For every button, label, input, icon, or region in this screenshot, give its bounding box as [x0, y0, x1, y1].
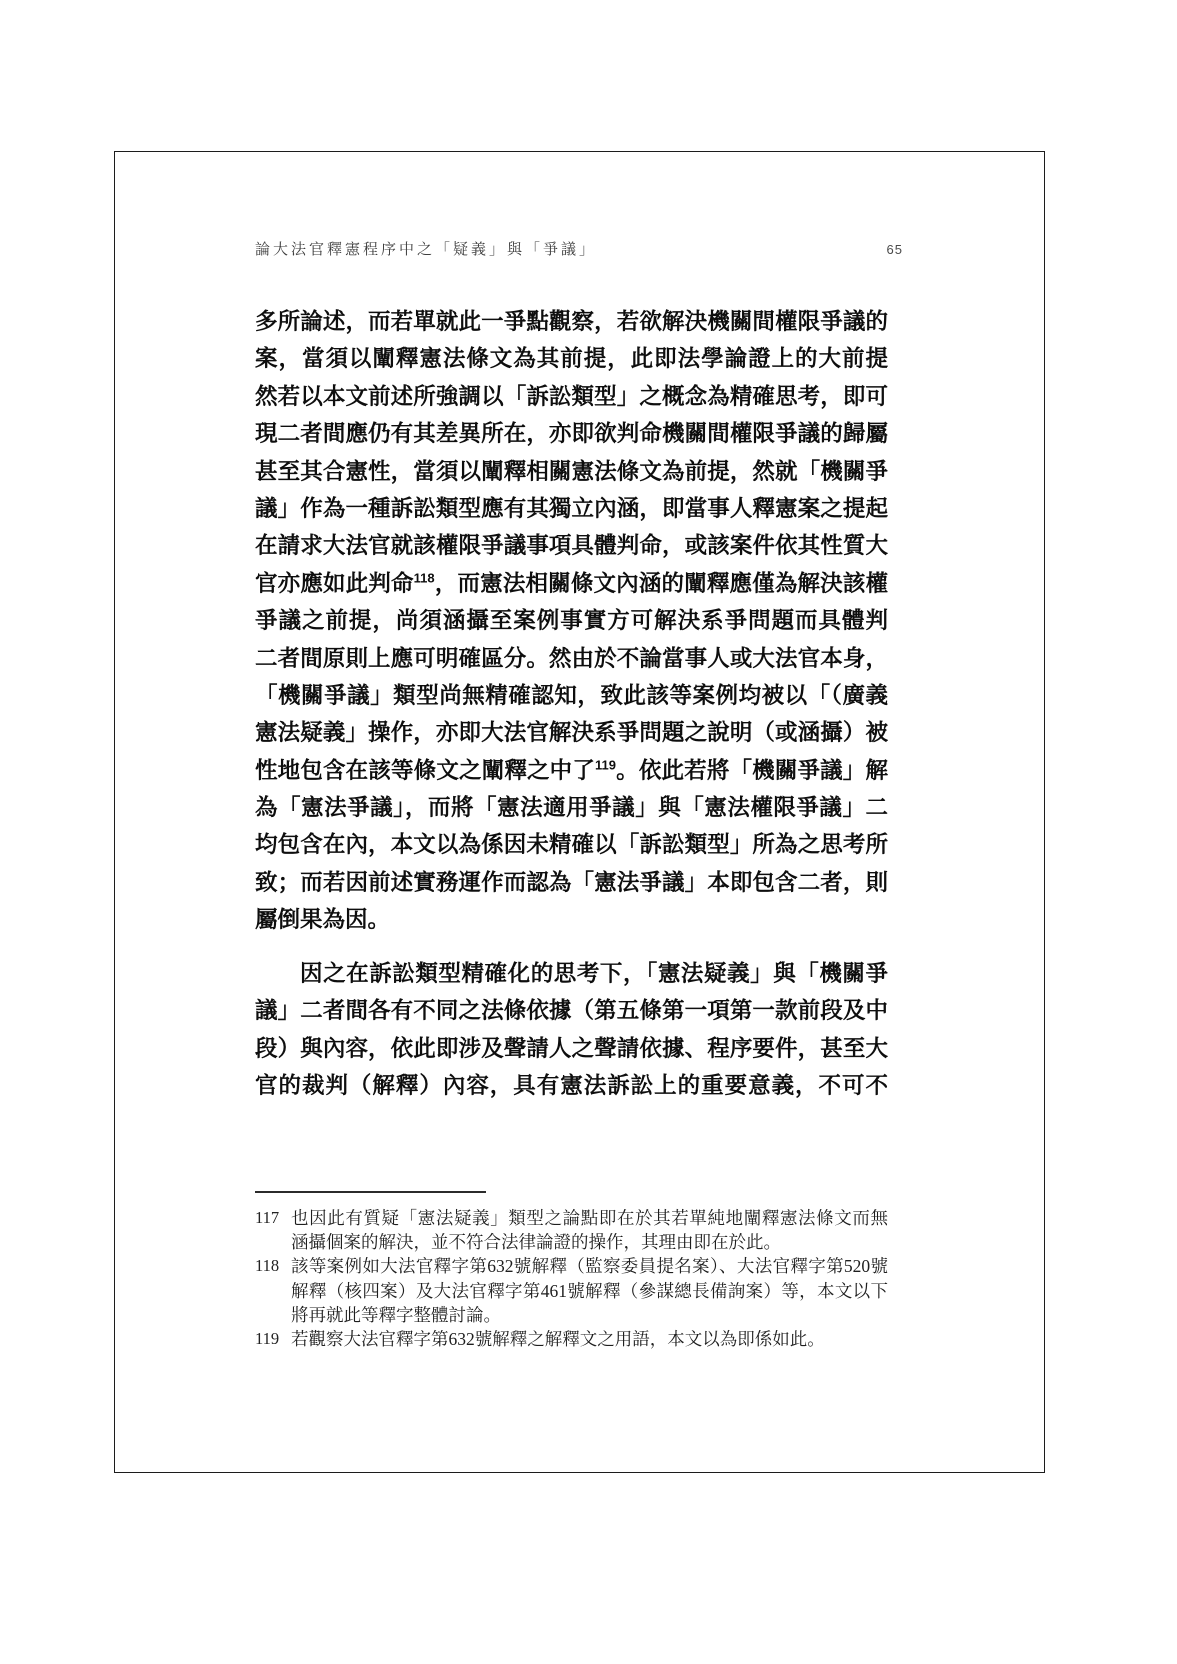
footnote-119: 119 若觀察大法官釋字第632號解釋之解釋文之用語，本文以為即係如此。 [255, 1327, 888, 1351]
text-line: 官亦應如此判命118，而憲法相關條文內涵的闡釋應僅為解決該權限 [255, 565, 888, 602]
text-line: 多所論述，而若單就此一爭點觀察，若欲解決機關間權限爭議的個 [255, 303, 888, 340]
text-segment: 案，當須以闡釋憲法條文為其前提，此即法學論證上的大前提 [255, 346, 888, 371]
text-line: 為「憲法爭議」，而將「憲法適用爭議」與「憲法權限爭議」二者 [255, 789, 888, 826]
paragraph-1: 多所論述，而若單就此一爭點觀察，若欲解決機關間權限爭議的個 案，當須以闡釋憲法條… [255, 303, 888, 939]
text-line: 屬倒果為因。 [255, 901, 888, 938]
footnote-117: 117 也因此有質疑「憲法疑義」類型之論點即在於其若單純地闡釋憲法條文而無 涵攝… [255, 1206, 888, 1254]
text-segment: 官亦應如此判命 [255, 571, 414, 596]
footnote-number: 119 [255, 1327, 291, 1351]
text-line: 議」二者間各有不同之法條依據（第五條第一項第一款前段及中 [255, 992, 888, 1029]
footnote-line: 若觀察大法官釋字第632號解釋之解釋文之用語，本文以為即係如此。 [291, 1327, 888, 1351]
footnote-number: 118 [255, 1254, 291, 1278]
text-line: 然若以本文前述所強調以「訴訟類型」之概念為精確思考，即可發 [255, 378, 888, 415]
text-line: 在請求大法官就該權限爭議事項具體判命，或該案件依其性質大法 [255, 527, 888, 564]
text-line: 議」作為一種訴訟類型應有其獨立內涵，即當事人釋憲案之提起應 [255, 490, 888, 527]
text-segment: 性地包含在該等條文之闡釋之中了 [255, 758, 595, 783]
footnote-line: 涵攝個案的解決，並不符合法律論證的操作，其理由即在於此。 [291, 1230, 888, 1254]
page-header: 論大法官釋憲程序中之「疑義」與「爭議」 65 [255, 238, 903, 259]
footnotes-block: 117 也因此有質疑「憲法疑義」類型之論點即在於其若單純地闡釋憲法條文而無 涵攝… [255, 1206, 888, 1351]
text-line: 性地包含在該等條文之闡釋之中了119。依此若將「機關爭議」解釋 [255, 752, 888, 789]
text-line: 現二者間應仍有其差異所在，亦即欲判命機關間權限爭議的歸屬或 [255, 415, 888, 452]
text-line: 段）與內容，依此即涉及聲請人之聲請依據、程序要件，甚至大法 [255, 1030, 888, 1067]
footnote-text: 該等案例如大法官釋字第632號解釋（監察委員提名案）、大法官釋字第520號 解釋… [291, 1254, 888, 1327]
footnote-ref-118: 118 [414, 570, 435, 585]
footnote-118: 118 該等案例如大法官釋字第632號解釋（監察委員提名案）、大法官釋字第520… [255, 1254, 888, 1327]
running-head-title: 論大法官釋憲程序中之「疑義」與「爭議」 [255, 238, 597, 259]
footnote-line: 該等案例如大法官釋字第632號解釋（監察委員提名案）、大法官釋字第520號 [291, 1254, 888, 1278]
scanned-document-page: 論大法官釋憲程序中之「疑義」與「爭議」 65 多所論述，而若單就此一爭點觀察，若… [0, 0, 1177, 1664]
text-line: 「機關爭議」類型尚無精確認知，致此該等案例均被以「（廣義的） [255, 677, 888, 714]
text-line: 致；而若因前述實務運作而認為「憲法爭議」本即包含二者，則更 [255, 864, 888, 901]
text-line: 均包含在內，本文以為係因未精確以「訴訟類型」所為之思考所 [255, 826, 888, 863]
text-line: 官的裁判（解釋）內容，具有憲法訴訟上的重要意義，不可不察。 [255, 1067, 888, 1104]
footnote-line: 解釋（核四案）及大法官釋字第461號解釋（參謀總長備詢案）等，本文以下 [291, 1279, 888, 1303]
footnote-ref-119: 119 [595, 757, 616, 772]
footnote-text: 若觀察大法官釋字第632號解釋之解釋文之用語，本文以為即係如此。 [291, 1327, 888, 1351]
footnotes-separator [255, 1191, 486, 1193]
text-line: 爭議之前提，尚須涵攝至案例事實方可解決系爭問題而具體判命， [255, 602, 888, 639]
paragraph-2: 因之在訴訟類型精確化的思考下，「憲法疑義」與「機關爭 議」二者間各有不同之法條依… [255, 955, 888, 1105]
text-line: 因之在訴訟類型精確化的思考下，「憲法疑義」與「機關爭 [255, 955, 888, 992]
footnote-number: 117 [255, 1206, 291, 1230]
footnote-line: 也因此有質疑「憲法疑義」類型之論點即在於其若單純地闡釋憲法條文而無 [291, 1206, 888, 1230]
page-number: 65 [887, 242, 903, 257]
footnote-line: 將再就此等釋字整體討論。 [291, 1303, 888, 1327]
text-line: 二者間原則上應可明確區分。然由於不論當事人或大法官本身，對 [255, 640, 888, 677]
text-line: 憲法疑義」操作，亦即大法官解決系爭問題之說明（或涵攝）被隱 [255, 714, 888, 751]
text-line: 甚至其合憲性，當須以闡釋相關憲法條文為前提，然就「機關爭 [255, 453, 888, 490]
text-line: 案，當須以闡釋憲法條文為其前提，此即法學論證上的大前提117， [255, 340, 888, 377]
footnote-text: 也因此有質疑「憲法疑義」類型之論點即在於其若單純地闡釋憲法條文而無 涵攝個案的解… [291, 1206, 888, 1254]
